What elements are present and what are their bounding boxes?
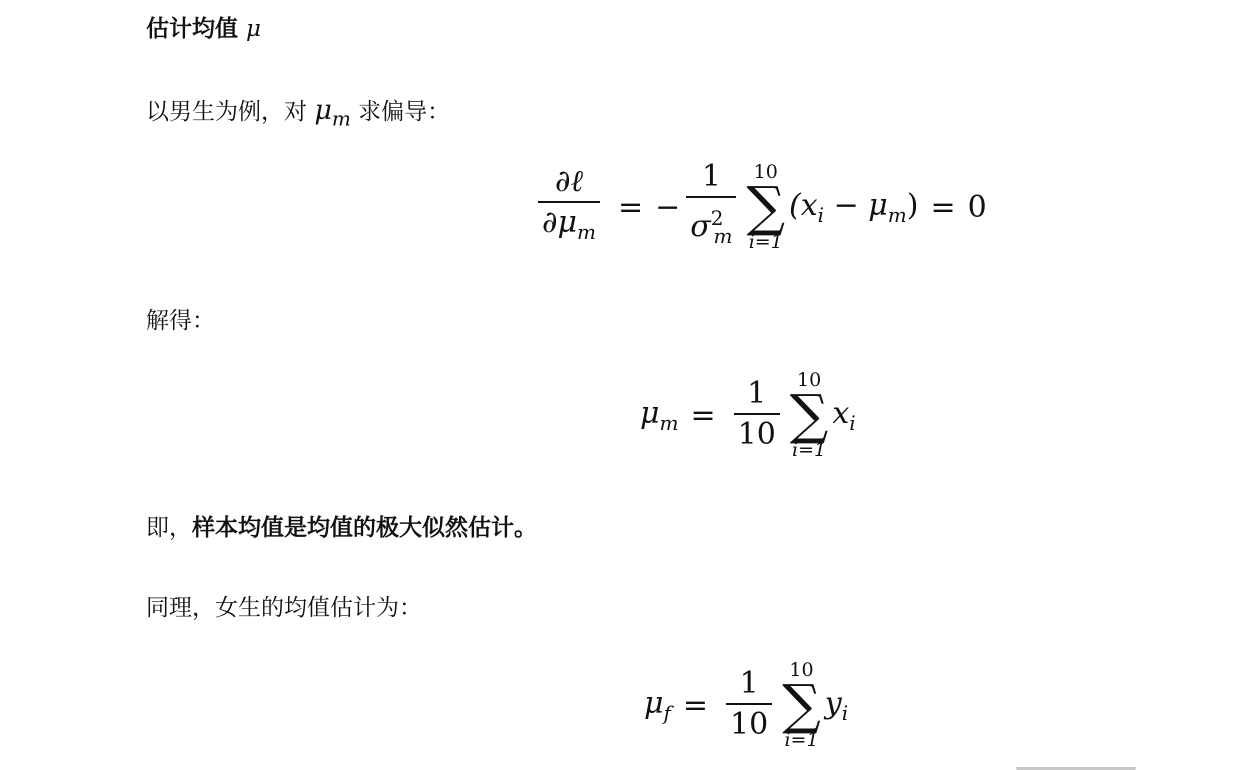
equation-mu-f: μf = 110 10∑i=1 yi xyxy=(644,660,848,750)
equation-mu-m: μm = 110 10∑i=1 xi xyxy=(640,370,856,460)
para1-prefix: 以男生为例，对 xyxy=(146,99,307,125)
lhs-fraction: ∂ℓ ∂μm xyxy=(538,165,600,250)
conclusion-bold: 样本均值是均值的极大似然估计。 xyxy=(192,515,537,541)
sigma-fraction: 1 σ2m xyxy=(686,160,736,254)
paragraph-female: 同理，女生的均值估计为： xyxy=(146,593,422,623)
section-heading: 估计均值 μ xyxy=(146,14,261,44)
heading-text: 估计均值 xyxy=(146,16,238,42)
equation-partial-derivative: ∂ℓ ∂μm = − 1 σ2m 10 ∑ i=1 (xi − μm) = 0 xyxy=(532,160,987,254)
para1-suffix: 求偏导： xyxy=(358,99,450,125)
mu-m-symbol: μm xyxy=(314,95,351,126)
paragraph-solve: 解得： xyxy=(146,306,215,336)
paragraph-partial-derivative: 以男生为例，对 μm 求偏导： xyxy=(146,96,450,133)
summation: 10 ∑ i=1 xyxy=(746,162,785,252)
paragraph-conclusion: 即，样本均值是均值的极大似然估计。 xyxy=(146,513,537,543)
mu-symbol: μ xyxy=(246,16,261,42)
